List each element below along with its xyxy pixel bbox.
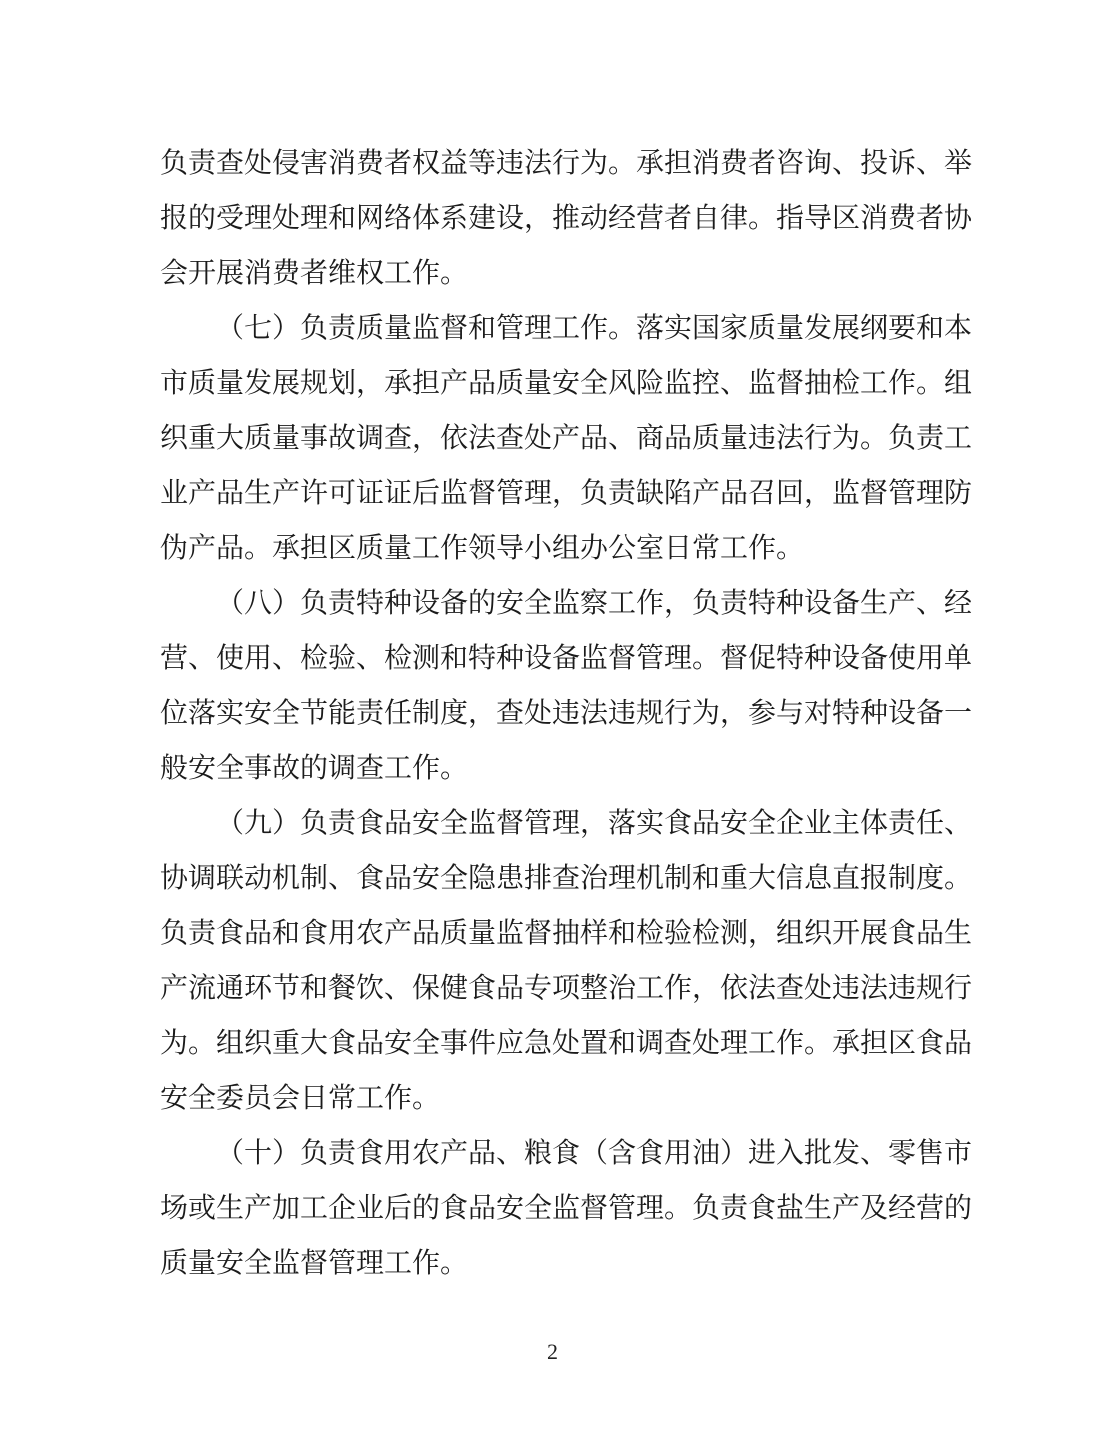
document-body: 负责查处侵害消费者权益等违法行为。承担消费者咨询、投诉、举报的受理处理和网络体系… xyxy=(160,136,972,1291)
paragraph: （十）负责食用农产品、粮食（含食用油）进入批发、零售市场或生产加工企业后的食品安… xyxy=(160,1126,972,1291)
paragraph: （七）负责质量监督和管理工作。落实国家质量发展纲要和本市质量发展规划，承担产品质… xyxy=(160,301,972,576)
document-page: 负责查处侵害消费者权益等违法行为。承担消费者咨询、投诉、举报的受理处理和网络体系… xyxy=(0,0,1105,1430)
paragraph: （八）负责特种设备的安全监察工作，负责特种设备生产、经营、使用、检验、检测和特种… xyxy=(160,576,972,796)
page-number: 2 xyxy=(0,1338,1105,1366)
paragraph: 负责查处侵害消费者权益等违法行为。承担消费者咨询、投诉、举报的受理处理和网络体系… xyxy=(160,136,972,301)
paragraph: （九）负责食品安全监督管理，落实食品安全企业主体责任、协调联动机制、食品安全隐患… xyxy=(160,796,972,1126)
